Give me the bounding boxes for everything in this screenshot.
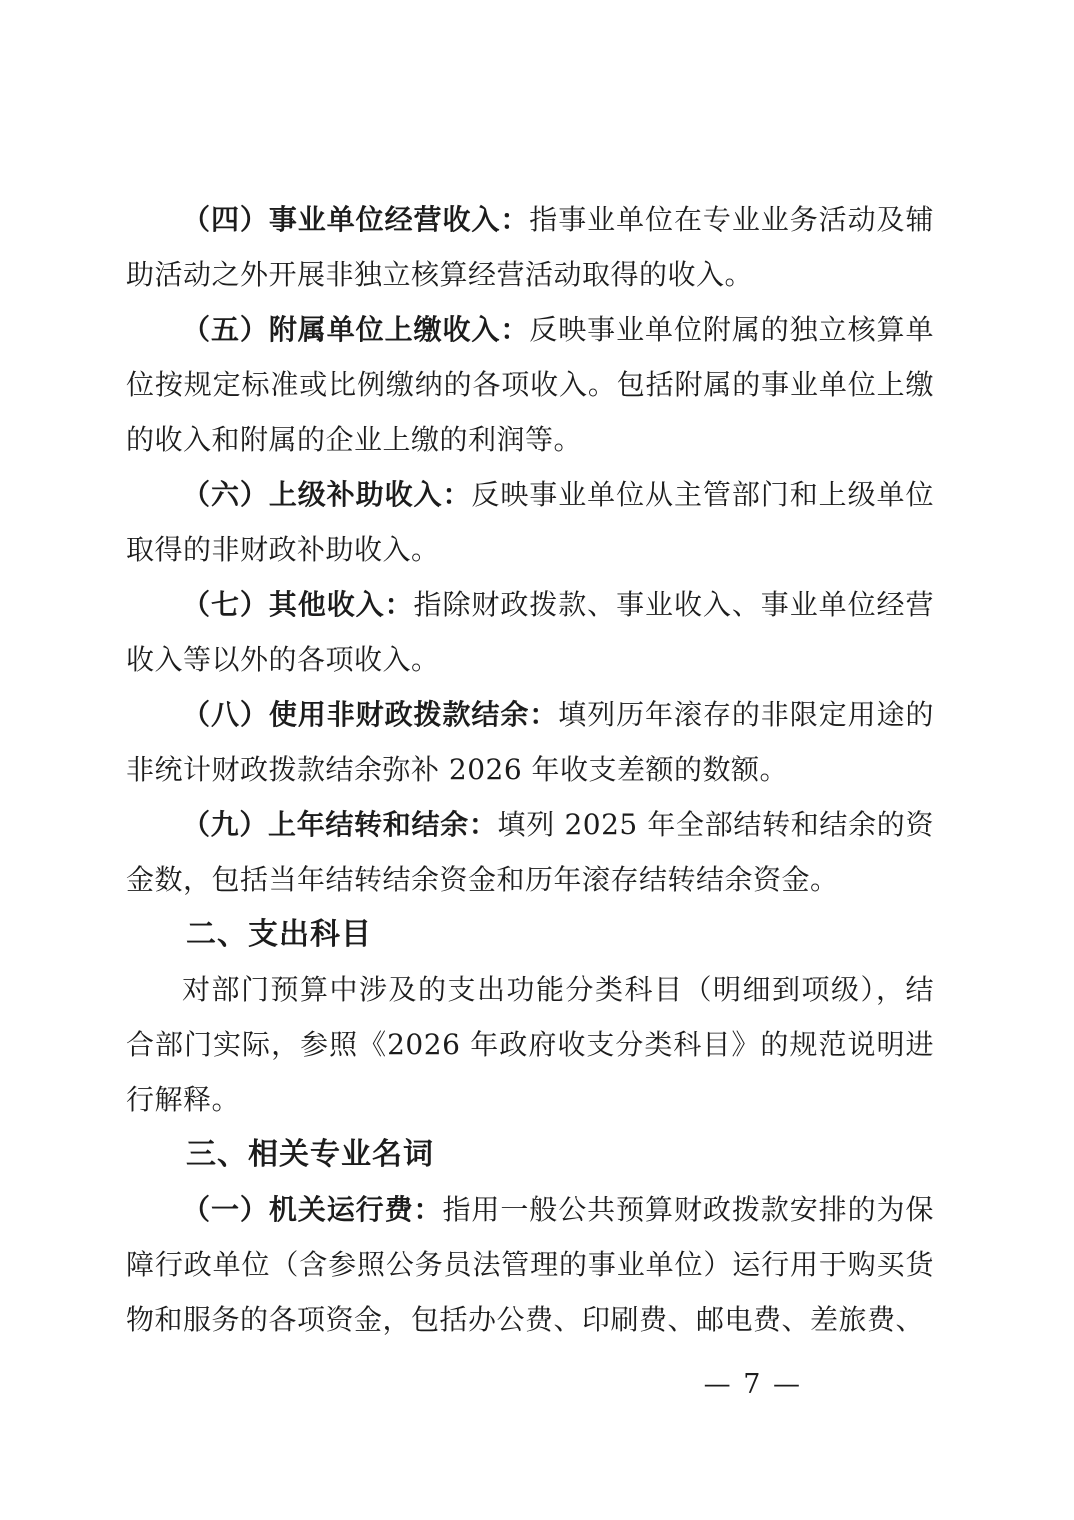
paragraph-lead: （五）附属单位上缴收入：: [182, 313, 529, 346]
paragraph-item-5: （五）附属单位上缴收入：反映事业单位附属的独立核算单位按规定标准或比例缴纳的各项…: [126, 302, 934, 467]
paragraph-lead: （九）上年结转和结余：: [182, 808, 498, 841]
paragraph-text: 对部门预算中涉及的支出功能分类科目（明细到项级），结合部门实际，参照《2026 …: [126, 973, 934, 1116]
document-page: （四）事业单位经营收入：指事业单位在专业业务活动及辅助活动之外开展非独立核算经营…: [0, 0, 1074, 1401]
paragraph-item-8: （八）使用非财政拨款结余：填列历年滚存的非限定用途的非统计财政拨款结余弥补 20…: [126, 687, 934, 797]
paragraph-item-9: （九）上年结转和结余：填列 2025 年全部结转和结余的资金数，包括当年结转结余…: [126, 797, 934, 907]
paragraph-lead: （六）上级补助收入：: [182, 478, 471, 511]
paragraph-lead: （四）事业单位经营收入：: [182, 203, 529, 236]
paragraph-lead: （八）使用非财政拨款结余：: [182, 698, 558, 731]
section-heading-expenditure: 二、支出科目: [126, 907, 934, 962]
paragraph-expenditure-note: 对部门预算中涉及的支出功能分类科目（明细到项级），结合部门实际，参照《2026 …: [126, 962, 934, 1127]
paragraph-lead: （一）机关运行费：: [182, 1193, 442, 1226]
page-number: — 7 —: [126, 1369, 934, 1401]
paragraph-item-1-terms: （一）机关运行费：指用一般公共预算财政拨款安排的为保障行政单位（含参照公务员法管…: [126, 1182, 934, 1347]
paragraph-item-6: （六）上级补助收入：反映事业单位从主管部门和上级单位取得的非财政补助收入。: [126, 467, 934, 577]
paragraph-lead: （七）其他收入：: [182, 588, 414, 621]
section-heading-terms: 三、相关专业名词: [126, 1127, 934, 1182]
paragraph-item-7: （七）其他收入：指除财政拨款、事业收入、事业单位经营收入等以外的各项收入。: [126, 577, 934, 687]
paragraph-item-4: （四）事业单位经营收入：指事业单位在专业业务活动及辅助活动之外开展非独立核算经营…: [126, 192, 934, 302]
